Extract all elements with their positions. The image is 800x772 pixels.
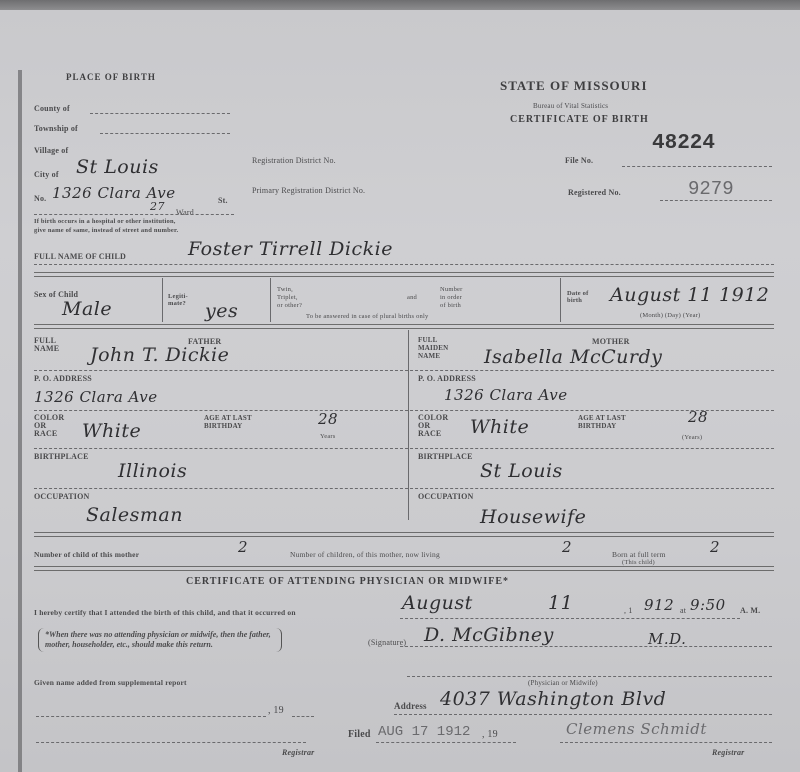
certificate-title: CERTIFICATE OF BIRTH [510, 114, 649, 125]
registered-number: 9279 [688, 178, 734, 200]
father-age-label: AGE AT LAST BIRTHDAY [204, 414, 284, 430]
in-order-label: in order [440, 294, 462, 301]
mother-address-label: P. O. ADDRESS [418, 374, 476, 383]
file-number: 48224 [652, 132, 715, 155]
father-name-label: FULL NAME [34, 337, 74, 353]
row-divider [34, 566, 774, 571]
mother-age-unit: (Years) [682, 434, 702, 441]
bureau-title: Bureau of Vital Statistics [533, 102, 608, 111]
registrar-label-2: Registrar [712, 748, 744, 757]
filed-label: Filed [348, 730, 371, 739]
township-label: Township of [34, 124, 78, 133]
at-label: at [680, 606, 686, 615]
supplemental-year-line [292, 716, 314, 717]
full-name-of-child-label: FULL NAME OF CHILD [34, 252, 126, 261]
father-age: 28 [318, 410, 338, 428]
registrar-label: Registrar [282, 748, 314, 757]
children-living-label: Number of children, of this mother, now … [290, 550, 440, 559]
institution-note-2: give name of same, instead of street and… [34, 227, 178, 234]
col-divider [560, 278, 561, 322]
father-race: White [82, 420, 141, 442]
mother-race: White [470, 416, 529, 438]
date-parts-label: (Month) (Day) (Year) [640, 312, 700, 319]
father-birthplace-label: BIRTHPLACE [34, 452, 89, 461]
child-sex: Male [62, 298, 112, 320]
supplemental-19: , 19 [268, 706, 284, 715]
mother-address: 1326 Clara Ave [444, 386, 568, 404]
registrar-signature: Clemens Schmidt [566, 720, 707, 738]
physician-role-label: (Physician or Midwife) [528, 679, 598, 688]
col-divider [162, 278, 163, 322]
child-legitimate: yes [205, 300, 238, 322]
date-of-birth: August 11 1912 [610, 284, 769, 306]
county-label: County of [34, 104, 70, 113]
father-occupation: Salesman [86, 504, 183, 526]
father-name: John T. Dickie [90, 344, 229, 366]
left-margin-rule [18, 70, 22, 772]
physician-address: 4037 Washington Blvd [440, 688, 666, 710]
mother-birthplace: St Louis [480, 460, 563, 482]
physician-role-line [407, 676, 772, 677]
physician-address-label: Address [394, 702, 427, 711]
parent-divider [408, 330, 409, 520]
col-divider [270, 278, 271, 322]
father-address: 1326 Clara Ave [34, 388, 158, 406]
mother-name: Isabella McCurdy [484, 346, 662, 368]
filed-19: , 19 [482, 730, 498, 739]
state-title: STATE OF MISSOURI [500, 78, 648, 94]
signature-line [400, 646, 772, 647]
row-line [34, 448, 774, 449]
institution-note-1: If birth occurs in a hospital or other i… [34, 218, 176, 225]
mother-birthplace-label: BIRTHPLACE [418, 452, 473, 461]
registrar-line [36, 742, 306, 743]
row-divider [34, 324, 774, 329]
mother-name-label: FULL MAIDEN NAME [418, 336, 454, 360]
given-name-label: Given name added from supplemental repor… [34, 678, 187, 687]
mother-age: 28 [688, 408, 708, 426]
registered-no-line [660, 200, 772, 201]
father-occupation-label: OCCUPATION [34, 492, 89, 501]
father-birthplace: Illinois [118, 460, 187, 482]
certify-text: I hereby certify that I attended the bir… [34, 608, 296, 617]
plural-births-note: To be answered in case of plural births … [306, 313, 428, 320]
physician-signature: D. McGibney [424, 624, 554, 646]
full-term-value: 2 [710, 538, 720, 556]
year-prefix: , 1 [624, 606, 633, 615]
father-address-label: P. O. ADDRESS [34, 374, 92, 383]
full-term-note: (This child) [622, 559, 655, 566]
children-living: 2 [562, 538, 572, 556]
primary-district-label: Primary Registration District No. [252, 186, 365, 195]
legitimate-label: Legiti-mate? [168, 293, 198, 307]
and-label: and [407, 294, 417, 301]
mother-race-label: COLOR OR RACE [418, 414, 452, 438]
child-full-name: Foster Tirrell Dickie [188, 238, 393, 260]
date-of-birth-label: Date of birth [567, 290, 597, 304]
mother-age-label: AGE AT LAST BIRTHDAY [578, 414, 658, 430]
date-line [400, 618, 740, 619]
village-label: Village of [34, 146, 68, 155]
father-race-label: COLOR OR RACE [34, 414, 68, 438]
mother-occupation: Housewife [480, 506, 586, 528]
street-st-label: St. [218, 196, 228, 205]
twin-label: Twin, [277, 286, 293, 293]
registration-district-label: Registration District No. [252, 156, 336, 165]
child-number: 2 [238, 538, 248, 556]
address-line [394, 714, 772, 715]
full-term-label: Born at full term [612, 550, 666, 559]
row-line [34, 410, 774, 411]
city-label: City of [34, 170, 59, 179]
ward-value: 27 [150, 200, 165, 213]
row-divider [34, 532, 774, 537]
triplet-label: Triplet, [277, 294, 298, 301]
registered-no-label: Registered No. [568, 188, 621, 197]
birth-month: August [402, 592, 473, 614]
birth-day: 11 [548, 592, 573, 614]
name-line [34, 264, 774, 265]
row-line [34, 370, 774, 371]
row-line [34, 488, 774, 489]
father-age-unit: Years [320, 433, 336, 440]
other-label: or other? [277, 302, 302, 309]
file-no-line [622, 166, 772, 167]
row-divider [34, 272, 774, 277]
supplemental-date-line [36, 716, 266, 717]
mother-heading: MOTHER [592, 337, 630, 346]
birth-year: 912 [644, 596, 674, 614]
physician-heading: CERTIFICATE OF ATTENDING PHYSICIAN OR MI… [186, 576, 509, 587]
county-line [90, 113, 230, 114]
filed-line [376, 742, 516, 743]
filed-date-stamp: AUG 17 1912 [378, 724, 470, 740]
number-label: Number [440, 286, 463, 293]
street-line [34, 214, 234, 215]
no-physician-note: *When there was no attending physician o… [38, 628, 282, 652]
ampm: A. M. [740, 606, 760, 615]
mother-occupation-label: OCCUPATION [418, 492, 473, 501]
child-number-label: Number of child of this mother [34, 550, 139, 559]
registrar-signature-line [560, 742, 772, 743]
file-no-label: File No. [565, 156, 593, 165]
street-label: No. [34, 194, 46, 203]
of-birth-label: of birth [440, 302, 461, 309]
place-of-birth-heading: PLACE OF BIRTH [66, 72, 156, 82]
birth-time: 9:50 [690, 596, 726, 614]
ward-label: Ward [176, 208, 194, 217]
city-value: St Louis [76, 156, 159, 178]
township-line [100, 133, 230, 134]
